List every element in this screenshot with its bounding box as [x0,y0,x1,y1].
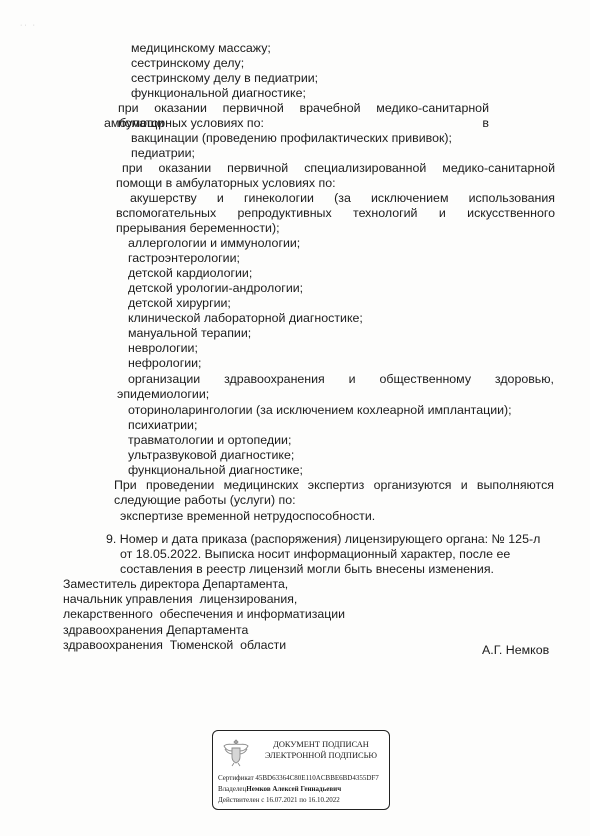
list-item: педиатрии; [131,146,195,161]
signatory-position: Заместитель директора Департамента, нача… [63,577,345,653]
certificate-label: Сертификат [218,774,254,782]
list-item: неврологии; [128,341,198,356]
certificate-value: 45BD63364C80E110ACBBE6BD4355DF7 [255,774,378,782]
list-item: психиатрии; [128,418,197,433]
signatory-name: А.Г. Немков [482,643,549,657]
stamp-title-line: ЭЛЕКТРОННОЙ ПОДПИСЬЮ [255,750,387,761]
section-heading-cont: помощи в амбулаторных условиях по: [116,176,336,191]
list-item: нефрологии; [128,356,202,371]
list-item: ультразвуковой диагностике; [128,448,294,463]
list-item: организации здравоохранения и общественн… [128,372,554,387]
item-9-cont: составления в реестр лицензий могли быть… [120,562,494,577]
list-item: медицинскому массажу; [131,41,271,56]
item-9-cont: от 18.05.2022. Выписка носит информацион… [120,547,510,562]
list-item-cont: прерывания беременности); [116,221,280,236]
list-item: экспертизе временной нетрудоспособности. [120,509,375,524]
e-signature-stamp: ДОКУМЕНТ ПОДПИСАН ЭЛЕКТРОННОЙ ПОДПИСЬЮ С… [212,730,390,810]
list-item-cont: эпидемиологии; [117,387,209,402]
owner-value: Немков Алексей Геннадьевич [246,785,341,793]
list-item: гастроэнтерологии; [128,251,240,266]
list-item: сестринскому делу; [131,56,244,71]
list-item: сестринскому делу в педиатрии; [131,71,318,86]
list-item: травматологии и ортопедии; [128,433,291,448]
owner-row: ВладелецНемков Алексей Геннадьевич [218,784,379,795]
list-item: мануальной терапии; [128,326,251,341]
list-item: клинической лабораторной диагностике; [128,311,363,326]
item-9: 9. Номер и дата приказа (распоряжения) л… [106,532,540,547]
list-item: детской урологии-андрологии; [128,281,303,296]
stamp-title-line: ДОКУМЕНТ ПОДПИСАН [255,739,387,750]
list-item: функциональной диагностике; [131,86,306,101]
list-item: оториноларингологии (за исключением кохл… [128,403,512,418]
position-line: Заместитель директора Департамента, [63,577,345,592]
owner-label: Владелец [218,785,246,793]
list-item: акушерству и гинекологии (за исключением… [130,191,555,206]
section-heading: При проведении медицинских экспертиз орг… [114,478,554,493]
list-item-cont: вспомогательных репродуктивных технологи… [116,206,555,221]
position-line: здравоохранения Тюменской области [63,638,345,653]
section-heading-cont: следующие работы (услуги) по: [114,493,296,508]
list-item: детской хирургии; [128,296,231,311]
list-item: функциональной диагностике; [128,463,303,478]
stamp-title: ДОКУМЕНТ ПОДПИСАН ЭЛЕКТРОННОЙ ПОДПИСЬЮ [255,739,387,761]
certificate-row: Сертификат 45BD63364C80E110ACBBE6BD4355D… [218,773,379,784]
section-heading-cont: амбулаторных условиях по: [104,116,264,131]
scan-artifact: ·· · [20,22,52,28]
position-line: лекарственного обеспечения и информатиза… [63,607,345,622]
coat-of-arms-icon [221,737,251,767]
list-item: аллергологии и иммунологии; [128,236,300,251]
position-line: здравоохранения Департамента [63,623,345,638]
document-page: ·· · медицинскому массажу; сестринскому … [0,0,590,836]
position-line: начальник управления лицензирования, [63,592,345,607]
validity-row: Действителен с 16.07.2021 по 16.10.2022 [218,795,379,806]
list-item: вакцинации (проведению профилактических … [131,131,452,146]
stamp-details: Сертификат 45BD63364C80E110ACBBE6BD4355D… [218,773,379,806]
list-item: детской кардиологии; [128,266,252,281]
section-heading: при оказании первичной специализированно… [122,161,555,176]
